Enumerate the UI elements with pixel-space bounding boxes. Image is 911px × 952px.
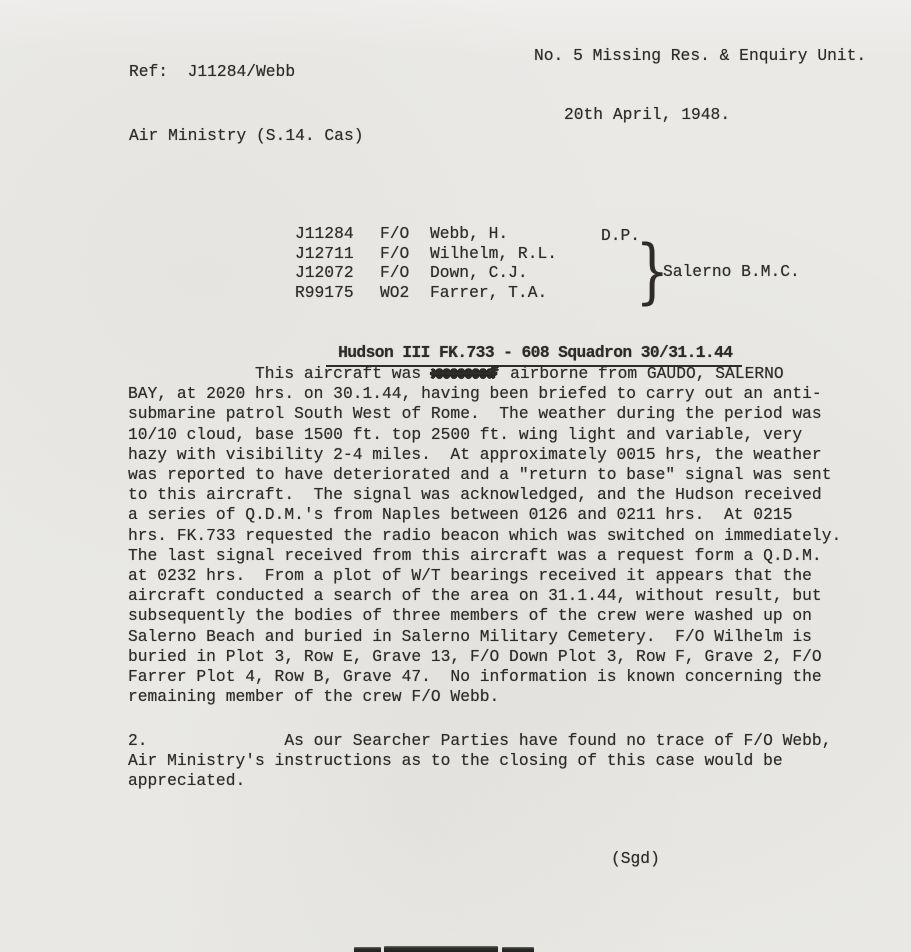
crew-list: J11284 F/O Webb, H. J12711 F/O Wilhelm, … — [295, 224, 557, 302]
ref-line: Ref: J11284/Webb — [129, 62, 295, 81]
service-number: R99175 — [295, 283, 380, 303]
crew-name: Wilhelm, R.L. — [430, 244, 557, 264]
paragraph-1: This aircraft was xxxxxxxxf airborne fro… — [128, 364, 873, 707]
crew-row: R99175 WO2 Farrer, T.A. — [295, 283, 557, 303]
crew-row: J12072 F/O Down, C.J. — [295, 263, 557, 283]
rank: F/O — [380, 244, 430, 264]
cemetery-annotation: Salerno B.M.C. — [663, 262, 800, 281]
crew-name: Farrer, T.A. — [430, 283, 547, 303]
bottom-artifact-bar — [502, 947, 534, 952]
service-number: J11284 — [295, 224, 380, 244]
paragraph-2: 2. As our Searcher Parties have found no… — [128, 731, 873, 792]
rank: WO2 — [380, 283, 430, 303]
signature-placeholder: (Sgd) — [611, 849, 660, 868]
service-number: J12711 — [295, 244, 380, 264]
overtyped-deletion: xxxxxxxxf — [431, 364, 500, 383]
paragraph-1-body: airborne from GAUDO, SALERNO BAY, at 202… — [128, 364, 841, 706]
webb-status-annotation: D.P. — [601, 226, 640, 245]
rank: F/O — [380, 263, 430, 283]
crew-row: J12711 F/O Wilhelm, R.L. — [295, 244, 557, 264]
paragraph-1-lead: This aircraft was — [128, 364, 431, 383]
unit-name-line: No. 5 Missing Res. & Enquiry Unit. — [534, 46, 866, 65]
addressee-line: Air Ministry (S.14. Cas) — [129, 126, 364, 145]
crew-name: Down, C.J. — [430, 263, 528, 283]
crew-row: J11284 F/O Webb, H. — [295, 224, 557, 244]
service-number: J12072 — [295, 263, 380, 283]
crew-name: Webb, H. — [430, 224, 508, 244]
date-line: 20th April, 1948. — [564, 105, 730, 124]
rank: F/O — [380, 224, 430, 244]
bottom-artifact-bar — [384, 946, 498, 952]
scanned-document-page: Ref: J11284/Webb No. 5 Missing Res. & En… — [0, 0, 911, 952]
bottom-artifact-bar — [354, 947, 381, 952]
